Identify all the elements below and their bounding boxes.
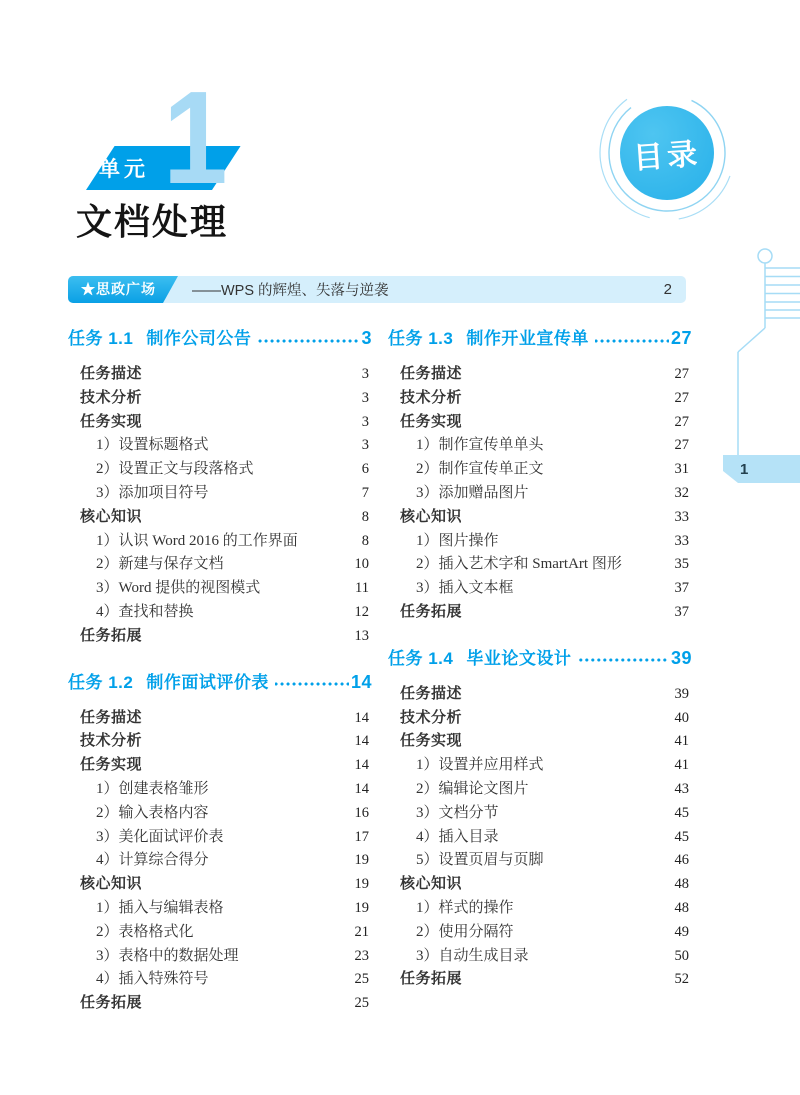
dotted-leader — [595, 338, 669, 344]
toc-entry-title: 任务实现 — [68, 753, 142, 774]
toc-entry-title: 技术分析 — [68, 729, 142, 750]
toc-entry-page-number: 11 — [355, 580, 372, 597]
task-title: 制作开业宣传单 — [466, 324, 589, 353]
toc-entry-title: 1）插入与编辑表格 — [68, 896, 224, 917]
toc-entry: 1）插入与编辑表格19 — [68, 896, 372, 920]
toc-entry: 5）设置页眉与页脚46 — [388, 848, 692, 872]
toc-entry-page-number: 10 — [355, 556, 373, 573]
task-label: 任务 1.3 — [388, 324, 453, 353]
task-heading: 任务 1.2制作面试评价表14 — [68, 668, 372, 697]
toc-entry-page-number: 14 — [355, 781, 373, 798]
toc-entry: 2）使用分隔符49 — [388, 920, 692, 944]
toc-entry: 3）Word 提供的视图模式11 — [68, 576, 372, 600]
dotted-leader — [275, 681, 349, 687]
toc-entry-title: 技术分析 — [388, 706, 462, 727]
task-block: 任务 1.1制作公司公告3任务描述3技术分析3任务实现31）设置标题格式32）设… — [68, 324, 372, 648]
toc-entry: 任务实现41 — [388, 729, 692, 753]
toc-entry: 任务描述14 — [68, 706, 372, 730]
toc-entry-title: 1）图片操作 — [388, 529, 499, 550]
toc-entry: 任务描述3 — [68, 362, 372, 386]
toc-entry-title: 3）插入文本框 — [388, 576, 514, 597]
toc-entry-page-number: 13 — [355, 628, 373, 645]
toc-entry: 任务拓展37 — [388, 600, 692, 624]
toc-entry-title: 2）输入表格内容 — [68, 801, 209, 822]
toc-entry: 技术分析40 — [388, 706, 692, 730]
toc-entry-page-number: 25 — [355, 971, 373, 988]
toc-entry-page-number: 8 — [362, 509, 372, 526]
toc-entry-page-number: 17 — [355, 829, 373, 846]
toc-entry-title: 核心知识 — [388, 505, 462, 526]
toc-entry-page-number: 25 — [355, 995, 373, 1012]
toc-entry: 1）图片操作33 — [388, 529, 692, 553]
banner-title: ——WPS 的辉煌、失落与逆袭 — [192, 279, 389, 300]
unit-label: 单元 — [99, 153, 149, 183]
toc-entry: 3）添加项目符号7 — [68, 481, 372, 505]
task-title: 毕业论文设计 — [466, 644, 571, 673]
toc-entry: 任务实现27 — [388, 410, 692, 434]
toc-entry-title: 3）表格中的数据处理 — [68, 944, 239, 965]
toc-entry-page-number: 14 — [355, 733, 373, 750]
task-page-number: 39 — [671, 644, 692, 673]
toc-entry: 任务拓展13 — [68, 624, 372, 648]
task-block: 任务 1.2制作面试评价表14任务描述14技术分析14任务实现141）创建表格雏… — [68, 668, 372, 1015]
toc-entry: 1）设置标题格式3 — [68, 433, 372, 457]
task-label: 任务 1.2 — [68, 668, 133, 697]
toc-entry-page-number: 3 — [362, 414, 372, 431]
ideology-banner: ★思政广场 ——WPS 的辉煌、失落与逆袭 2 — [68, 276, 686, 303]
toc-entry-title: 1）设置标题格式 — [68, 433, 209, 454]
toc-entry-title: 1）创建表格雏形 — [68, 777, 209, 798]
toc-entry-title: 核心知识 — [68, 872, 142, 893]
toc-entry-title: 2）编辑论文图片 — [388, 777, 529, 798]
task-page-number: 3 — [361, 324, 372, 353]
toc-entry: 技术分析14 — [68, 729, 372, 753]
toc-entry-page-number: 6 — [362, 461, 372, 478]
toc-entry-title: 3）添加赠品图片 — [388, 481, 529, 502]
toc-entry-title: 4）计算综合得分 — [68, 848, 209, 869]
toc-entry-page-number: 33 — [675, 533, 693, 550]
toc-entry-page-number: 45 — [675, 829, 693, 846]
task-page-number: 14 — [351, 668, 372, 697]
toc-entry-title: 2）设置正文与段落格式 — [68, 457, 254, 478]
book-page: { "unit": { "label": "单元", "number": "1"… — [0, 0, 800, 1095]
unit-number: 1 — [163, 86, 228, 190]
toc-entry-title: 2）插入艺术字和 SmartArt 图形 — [388, 552, 622, 573]
toc-entry: 2）编辑论文图片43 — [388, 777, 692, 801]
toc-entry-page-number: 48 — [675, 900, 693, 917]
toc-entry: 核心知识33 — [388, 505, 692, 529]
banner-tag: ★思政广场 — [68, 276, 178, 303]
task-block: 任务 1.4毕业论文设计39任务描述39技术分析40任务实现411）设置并应用样… — [388, 644, 692, 991]
toc-entry: 1）样式的操作48 — [388, 896, 692, 920]
toc-entry-title: 5）设置页眉与页脚 — [388, 848, 544, 869]
task-label: 任务 1.1 — [68, 324, 133, 353]
toc-badge-circle: 目录 — [620, 106, 714, 200]
toc-entry: 3）表格中的数据处理23 — [68, 944, 372, 968]
toc-entry: 3）添加赠品图片32 — [388, 481, 692, 505]
toc-columns: 任务 1.1制作公司公告3任务描述3技术分析3任务实现31）设置标题格式32）设… — [68, 324, 692, 1015]
toc-column-left: 任务 1.1制作公司公告3任务描述3技术分析3任务实现31）设置标题格式32）设… — [68, 324, 372, 1015]
toc-entry: 4）计算综合得分19 — [68, 848, 372, 872]
toc-entry-title: 任务实现 — [388, 729, 462, 750]
toc-entry-page-number: 37 — [675, 604, 693, 621]
toc-entry: 任务实现3 — [68, 410, 372, 434]
toc-entry-title: 2）表格格式化 — [68, 920, 194, 941]
toc-entry-page-number: 52 — [675, 971, 693, 988]
toc-entry-title: 任务实现 — [68, 410, 142, 431]
toc-entry-title: 1）制作宣传单单头 — [388, 433, 544, 454]
toc-entry-page-number: 3 — [362, 390, 372, 407]
toc-entry-title: 技术分析 — [68, 386, 142, 407]
toc-entry-page-number: 3 — [362, 437, 372, 454]
toc-badge-group: 目录 — [588, 76, 788, 261]
toc-entry: 4）插入目录45 — [388, 825, 692, 849]
toc-entry-page-number: 12 — [355, 604, 373, 621]
task-title: 制作公司公告 — [146, 324, 251, 353]
dotted-leader — [577, 657, 669, 663]
toc-entry: 核心知识48 — [388, 872, 692, 896]
toc-entry-title: 任务拓展 — [388, 967, 462, 988]
toc-entry: 2）设置正文与段落格式6 — [68, 457, 372, 481]
toc-entry-page-number: 19 — [355, 876, 373, 893]
toc-entry-page-number: 50 — [675, 948, 693, 965]
toc-entry: 3）插入文本框37 — [388, 576, 692, 600]
toc-entry-title: 核心知识 — [388, 872, 462, 893]
toc-entry: 3）美化面试评价表17 — [68, 825, 372, 849]
toc-entry-page-number: 39 — [675, 686, 693, 703]
toc-entry: 1）创建表格雏形14 — [68, 777, 372, 801]
toc-entry-page-number: 45 — [675, 805, 693, 822]
toc-entry: 技术分析27 — [388, 386, 692, 410]
toc-entry-title: 任务实现 — [388, 410, 462, 431]
toc-entry-title: 3）文档分节 — [388, 801, 499, 822]
task-block: 任务 1.3制作开业宣传单27任务描述27技术分析27任务实现271）制作宣传单… — [388, 324, 692, 624]
toc-entry-page-number: 37 — [675, 580, 693, 597]
toc-entry: 1）认识 Word 2016 的工作界面8 — [68, 529, 372, 553]
toc-entry-page-number: 41 — [675, 757, 693, 774]
toc-entry-title: 任务描述 — [68, 706, 142, 727]
toc-entry-page-number: 21 — [355, 924, 373, 941]
toc-entry-title: 1）认识 Word 2016 的工作界面 — [68, 529, 298, 550]
toc-entry: 2）新建与保存文档10 — [68, 552, 372, 576]
toc-entry-title: 2）使用分隔符 — [388, 920, 514, 941]
task-heading: 任务 1.3制作开业宣传单27 — [388, 324, 692, 353]
toc-entry-page-number: 7 — [362, 485, 372, 502]
toc-entry-title: 任务描述 — [388, 682, 462, 703]
toc-entry-title: 任务描述 — [68, 362, 142, 383]
toc-entry-title: 4）插入目录 — [388, 825, 499, 846]
toc-entry-title: 任务描述 — [388, 362, 462, 383]
toc-entry-title: 2）新建与保存文档 — [68, 552, 224, 573]
toc-entry: 3）自动生成目录50 — [388, 944, 692, 968]
toc-entry-page-number: 23 — [355, 948, 373, 965]
toc-entry-title: 2）制作宣传单正文 — [388, 457, 544, 478]
task-title: 制作面试评价表 — [146, 668, 269, 697]
toc-entry-title: 任务拓展 — [388, 600, 462, 621]
toc-entry-page-number: 16 — [355, 805, 373, 822]
toc-entry-title: 3）自动生成目录 — [388, 944, 529, 965]
toc-entry: 2）表格格式化21 — [68, 920, 372, 944]
toc-entry-page-number: 14 — [355, 757, 373, 774]
task-heading: 任务 1.1制作公司公告3 — [68, 324, 372, 353]
toc-entry-page-number: 33 — [675, 509, 693, 526]
toc-entry: 任务描述39 — [388, 682, 692, 706]
toc-entry-title: 3）添加项目符号 — [68, 481, 209, 502]
toc-entry: 2）制作宣传单正文31 — [388, 457, 692, 481]
toc-entry: 核心知识8 — [68, 505, 372, 529]
toc-entry-title: 1）设置并应用样式 — [388, 753, 544, 774]
toc-entry: 技术分析3 — [68, 386, 372, 410]
toc-entry-page-number: 41 — [675, 733, 693, 750]
toc-entry-page-number: 43 — [675, 781, 693, 798]
toc-column-right: 任务 1.3制作开业宣传单27任务描述27技术分析27任务实现271）制作宣传单… — [388, 324, 692, 1015]
toc-entry-page-number: 19 — [355, 852, 373, 869]
toc-entry-title: 4）查找和替换 — [68, 600, 194, 621]
toc-entry-page-number: 14 — [355, 710, 373, 727]
toc-entry-title: 4）插入特殊符号 — [68, 967, 209, 988]
toc-entry: 任务拓展25 — [68, 991, 372, 1015]
toc-entry: 1）制作宣传单单头27 — [388, 433, 692, 457]
toc-entry: 3）文档分节45 — [388, 801, 692, 825]
toc-entry-title: 核心知识 — [68, 505, 142, 526]
toc-entry-title: 3）Word 提供的视图模式 — [68, 576, 260, 597]
toc-entry: 4）查找和替换12 — [68, 600, 372, 624]
toc-badge-label: 目录 — [632, 129, 703, 178]
task-heading: 任务 1.4毕业论文设计39 — [388, 644, 692, 673]
toc-entry-title: 任务拓展 — [68, 624, 142, 645]
toc-entry-page-number: 35 — [675, 556, 693, 573]
toc-entry-page-number: 46 — [675, 852, 693, 869]
toc-entry-title: 3）美化面试评价表 — [68, 825, 224, 846]
page-side-tab: 1 — [723, 455, 800, 483]
toc-entry-page-number: 40 — [675, 710, 693, 727]
toc-entry: 核心知识19 — [68, 872, 372, 896]
toc-entry: 2）插入艺术字和 SmartArt 图形35 — [388, 552, 692, 576]
toc-entry-page-number: 3 — [362, 366, 372, 383]
dotted-leader — [257, 338, 359, 344]
toc-entry: 2）输入表格内容16 — [68, 801, 372, 825]
toc-entry-title: 技术分析 — [388, 386, 462, 407]
edge-ladder-decoration — [688, 240, 800, 490]
toc-entry: 任务描述27 — [388, 362, 692, 386]
toc-entry-page-number: 8 — [362, 533, 372, 550]
toc-entry-page-number: 48 — [675, 876, 693, 893]
toc-entry: 任务实现14 — [68, 753, 372, 777]
toc-entry-page-number: 19 — [355, 900, 373, 917]
banner-page-number: 2 — [664, 281, 686, 298]
toc-entry: 1）设置并应用样式41 — [388, 753, 692, 777]
toc-entry: 4）插入特殊符号25 — [68, 967, 372, 991]
toc-entry-title: 1）样式的操作 — [388, 896, 514, 917]
toc-entry: 任务拓展52 — [388, 967, 692, 991]
task-label: 任务 1.4 — [388, 644, 453, 673]
toc-entry-page-number: 49 — [675, 924, 693, 941]
toc-entry-title: 任务拓展 — [68, 991, 142, 1012]
